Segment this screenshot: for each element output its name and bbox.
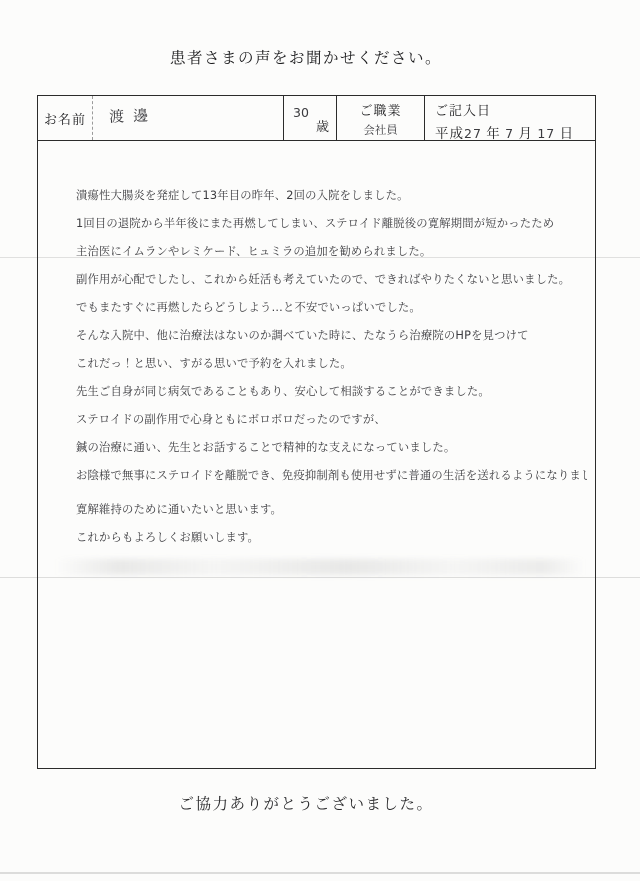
name-field: 渡邊	[93, 96, 284, 140]
age-unit-label: 歳	[316, 116, 329, 135]
scanned-patient-feedback-form: 患者さまの声をお聞かせください。 お名前 渡邊 30 歳 ご職業 会社員 ご記入…	[0, 0, 640, 881]
comment-line: これからもよろしくお願いします。	[76, 524, 587, 552]
name-value-handwritten: 渡邊	[109, 104, 158, 127]
comment-line: でもまたすぐに再燃したらどうしよう…と不安でいっぱいでした。	[76, 294, 587, 322]
date-year-handwritten: 27	[464, 126, 482, 141]
date-day-handwritten: 17	[537, 126, 555, 141]
date-day-unit: 日	[560, 126, 575, 141]
date-month-unit: 月	[518, 126, 533, 141]
comment-line: そんな入院中、他に治療法はないのか調べていた時に、たなうら治療院のHPを見つけて	[76, 322, 587, 350]
comment-line: 鍼の治療に通い、先生とお話することで精神的な支えになっていました。	[76, 434, 587, 462]
comment-line: 副作用が心配でしたし、これから妊活も考えていたので、できればやりたくないと思いま…	[76, 266, 587, 294]
feedback-form-table: お名前 渡邊 30 歳 ご職業 会社員 ご記入日 平成27 年 7 月 17	[37, 95, 596, 769]
form-title: 患者さまの声をお聞かせください。	[0, 46, 612, 68]
occupation-label: ご職業	[337, 100, 424, 119]
comment-line: ステロイドの副作用で心身ともにボロボロだったのですが、	[76, 406, 587, 434]
occupation-field: ご職業 会社員	[337, 96, 425, 140]
form-footer: ご協力ありがとうございました。	[0, 792, 612, 814]
comment-line: 寛解維持のために通いたいと思います。	[76, 496, 587, 524]
date-label: ご記入日	[435, 100, 595, 119]
date-value-line: 平成27 年 7 月 17 日	[435, 122, 595, 142]
age-field: 30 歳	[284, 96, 337, 140]
comment-line: 主治医にイムランやレミケード、ヒュミラの追加を勧められました。	[76, 238, 587, 266]
age-value-handwritten: 30	[293, 105, 309, 120]
date-era-label: 平成	[435, 126, 464, 141]
date-month-handwritten: 7	[505, 126, 514, 141]
patient-comment: 潰瘍性大腸炎を発症して13年目の昨年、2回の入院をしました。 1回目の退院から半…	[38, 141, 595, 552]
comment-line: 先生ご自身が同じ病気であることもあり、安心して相談することができました。	[76, 378, 587, 406]
scan-edge-shadow	[0, 872, 640, 874]
comment-line: お陰様で無事にステロイドを離脱でき、免疫抑制剤も使用せずに普通の生活を送れるよう…	[76, 462, 587, 490]
name-label: お名前	[38, 96, 93, 140]
occupation-value-handwritten: 会社員	[337, 121, 424, 139]
date-field: ご記入日 平成27 年 7 月 17 日	[425, 96, 595, 140]
comment-line: これだっ！と思い、すがる思いで予約を入れました。	[76, 350, 587, 378]
comment-line: 潰瘍性大腸炎を発症して13年目の昨年、2回の入院をしました。	[76, 182, 587, 210]
comment-line: 1回目の退院から半年後にまた再燃してしまい、ステロイド離脱後の寛解期間が短かった…	[76, 210, 587, 238]
form-header-row: お名前 渡邊 30 歳 ご職業 会社員 ご記入日 平成27 年 7 月 17	[38, 96, 595, 141]
date-year-unit: 年	[486, 126, 501, 141]
